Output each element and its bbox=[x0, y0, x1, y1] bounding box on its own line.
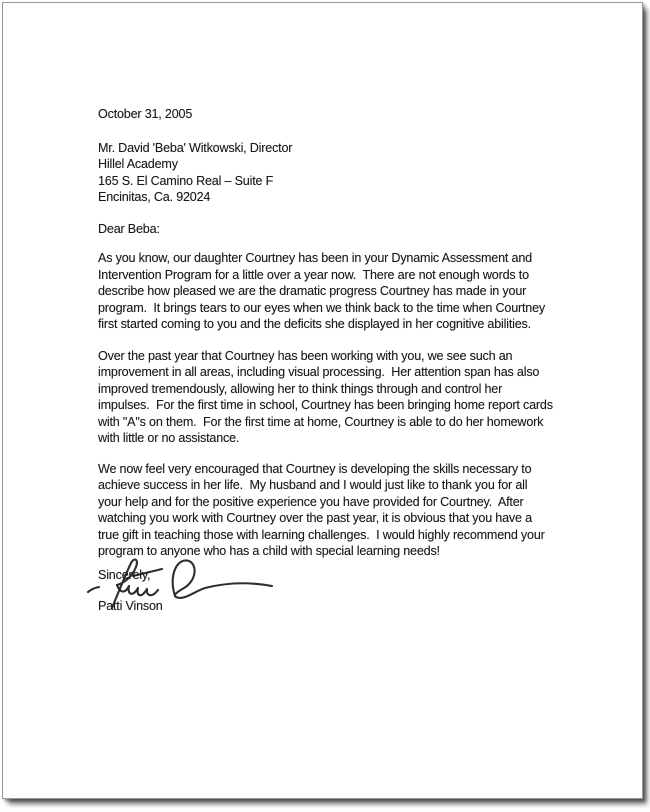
letter-date: October 31, 2005 bbox=[98, 106, 643, 123]
salutation: Dear Beba: bbox=[98, 221, 643, 238]
signer-name: Patti Vinson bbox=[98, 598, 643, 615]
closing: Sincerely, bbox=[98, 567, 643, 584]
recipient-address-block: Mr. David 'Beba' Witkowski, Director Hil… bbox=[98, 140, 643, 206]
letter-body: October 31, 2005 Mr. David 'Beba' Witkow… bbox=[98, 106, 643, 615]
recipient-city: Encinitas, Ca. 92024 bbox=[98, 189, 643, 206]
paragraph-2: Over the past year that Courtney has bee… bbox=[98, 348, 643, 447]
paragraph-1: As you know, our daughter Courtney has b… bbox=[98, 250, 643, 333]
recipient-street: 165 S. El Camino Real – Suite F bbox=[98, 173, 643, 190]
recipient-organization: Hillel Academy bbox=[98, 156, 643, 173]
recipient-name: Mr. David 'Beba' Witkowski, Director bbox=[98, 140, 643, 157]
paragraph-3: We now feel very encouraged that Courtne… bbox=[98, 461, 643, 560]
scanned-letter-page: October 31, 2005 Mr. David 'Beba' Witkow… bbox=[2, 2, 643, 799]
